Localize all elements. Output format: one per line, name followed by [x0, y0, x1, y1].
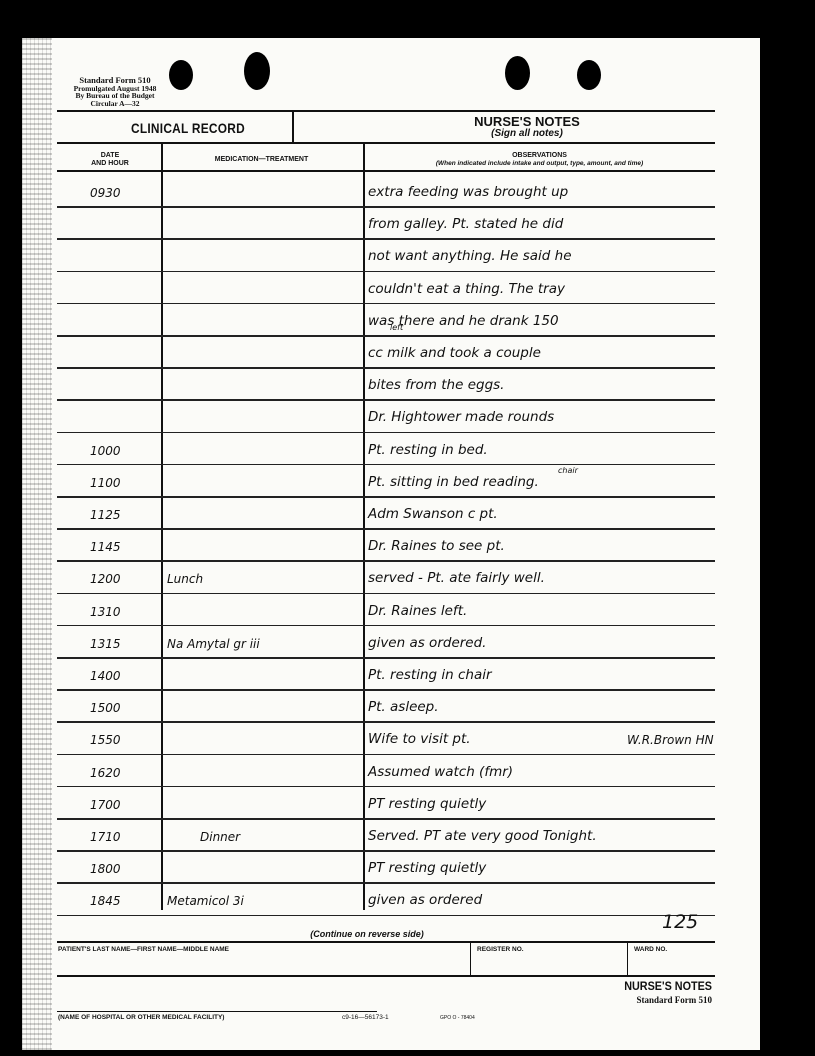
row-rule: [57, 689, 715, 691]
row-time: 1700: [90, 798, 121, 812]
header-divider: [292, 110, 294, 142]
nurse-signature: W.R.Brown HN: [627, 733, 714, 747]
header-rule: [57, 110, 715, 112]
nurses-notes-footer-title: NURSE'S NOTES: [595, 979, 712, 993]
row-rule: [57, 464, 715, 466]
observations-header-line: OBSERVATIONS: [367, 152, 712, 160]
row-observation: served - Pt. ate fairly well.: [368, 570, 545, 586]
row-rule: [57, 850, 715, 852]
row-rule: [57, 496, 715, 498]
row-observation: Dr. Raines left.: [368, 603, 467, 619]
row-rule: [57, 754, 715, 756]
form-id-line: Circular A—32: [60, 100, 170, 108]
row-rule: [57, 367, 715, 369]
standard-form-footer: Standard Form 510: [582, 995, 712, 1005]
row-rule: [57, 238, 715, 240]
row-time: 1145: [90, 540, 121, 554]
row-time: 1620: [90, 766, 121, 780]
row-observation: from galley. Pt. stated he did: [368, 216, 563, 232]
footer-divider: [627, 943, 628, 975]
continue-note: (Continue on reverse side): [242, 929, 492, 939]
header-rule: [57, 142, 715, 144]
row-time: 1400: [90, 669, 121, 683]
facility-rule: [57, 1011, 377, 1012]
row-time: 0930: [90, 186, 121, 200]
row-observation: Assumed watch (fmr): [368, 764, 513, 780]
row-rule: [57, 657, 715, 659]
insertion-chair: chair: [558, 466, 578, 475]
row-rule: [57, 882, 715, 884]
row-rule: [57, 335, 715, 337]
row-observation: Pt. resting in bed.: [368, 442, 488, 458]
row-rule: [57, 818, 715, 820]
row-observation: given as ordered: [368, 892, 482, 908]
gpo-code: GPO O - 78404: [440, 1015, 475, 1021]
row-observation: PT resting quietly: [368, 796, 486, 812]
footer-rule: [57, 975, 715, 977]
row-rule: [57, 721, 715, 723]
scan-border: [760, 0, 815, 1056]
row-time: 1500: [90, 701, 121, 715]
register-number-label: REGISTER NO.: [477, 946, 524, 953]
patient-name-label: PATIENT'S LAST NAME—FIRST NAME—MIDDLE NA…: [58, 946, 229, 953]
date-hour-header: DATE AND HOUR: [60, 152, 160, 168]
row-rule: [57, 206, 715, 208]
row-observation: not want anything. He said he: [368, 248, 572, 264]
row-rule: [57, 528, 715, 530]
row-observation: extra feeding was brought up: [368, 184, 568, 200]
row-observation: given as ordered.: [368, 635, 486, 651]
punch-hole-icon: [169, 60, 193, 90]
ward-number-label: WARD NO.: [634, 946, 667, 953]
punch-hole-icon: [577, 60, 601, 90]
row-medication: Dinner: [200, 830, 240, 844]
date-header-line: DATE: [60, 152, 160, 160]
form-page: Standard Form 510 Promulgated August 194…: [22, 38, 760, 1050]
row-time: 1310: [90, 605, 121, 619]
row-time: 1550: [90, 733, 121, 747]
column-header-rule: [57, 170, 715, 172]
row-observation: Served. PT ate very good Tonight.: [368, 828, 597, 844]
row-time: 1200: [90, 572, 121, 586]
row-observation: cc milk and took a couple: [368, 345, 541, 361]
observations-hint: (When indicated include intake and outpu…: [367, 160, 712, 168]
row-rule: [57, 915, 715, 917]
row-observation: Pt. asleep.: [368, 699, 439, 715]
row-rule: [57, 625, 715, 627]
row-rule: [57, 432, 715, 434]
sign-all-notes-note: (Sign all notes): [362, 128, 692, 139]
row-observation: couldn't eat a thing. The tray: [368, 281, 565, 297]
punch-hole-icon: [505, 56, 530, 90]
row-time: 1845: [90, 894, 121, 908]
facility-label: (NAME OF HOSPITAL OR OTHER MEDICAL FACIL…: [58, 1014, 224, 1021]
row-time: 1100: [90, 476, 121, 490]
form-identifier: Standard Form 510 Promulgated August 194…: [60, 77, 170, 107]
row-time: 1125: [90, 508, 121, 522]
row-observation: PT resting quietly: [368, 860, 486, 876]
row-observation: Dr. Hightower made rounds: [368, 409, 554, 425]
row-rule: [57, 271, 715, 273]
row-medication: Lunch: [167, 572, 203, 586]
medication-header: MEDICATION—TREATMENT: [164, 156, 359, 164]
row-observation: Dr. Raines to see pt.: [368, 538, 505, 554]
footer-rule: [57, 941, 715, 943]
row-time: 1000: [90, 444, 121, 458]
hour-header-line: AND HOUR: [60, 160, 160, 168]
row-rule: [57, 560, 715, 562]
page-number: 125: [662, 911, 698, 933]
scan-edge-noise: [22, 38, 52, 1050]
column-divider: [161, 144, 163, 910]
column-divider: [363, 144, 365, 910]
row-rule: [57, 786, 715, 788]
row-medication: Metamicol 3i: [167, 894, 244, 908]
row-observation: Pt. resting in chair: [368, 667, 492, 683]
row-observation: bites from the eggs.: [368, 377, 504, 393]
footer-divider: [470, 943, 471, 975]
punch-hole-icon: [244, 52, 270, 90]
row-rule: [57, 593, 715, 595]
row-time: 1710: [90, 830, 121, 844]
row-rule: [57, 303, 715, 305]
print-code: c9-16—56173-1: [342, 1014, 389, 1021]
row-time: 1800: [90, 862, 121, 876]
observations-header: OBSERVATIONS (When indicated include int…: [367, 152, 712, 168]
clinical-record-title: CLINICAL RECORD: [98, 120, 278, 136]
insertion-left: left: [390, 323, 403, 332]
row-observation: Adm Swanson c pt.: [368, 506, 498, 522]
nurses-notes-title: NURSE'S NOTES: [362, 114, 692, 129]
row-time: 1315: [90, 637, 121, 651]
row-medication: Na Amytal gr iii: [167, 637, 260, 651]
row-observation: Wife to visit pt.: [368, 731, 471, 747]
row-rule: [57, 399, 715, 401]
row-observation: Pt. sitting in bed reading.: [368, 474, 539, 490]
